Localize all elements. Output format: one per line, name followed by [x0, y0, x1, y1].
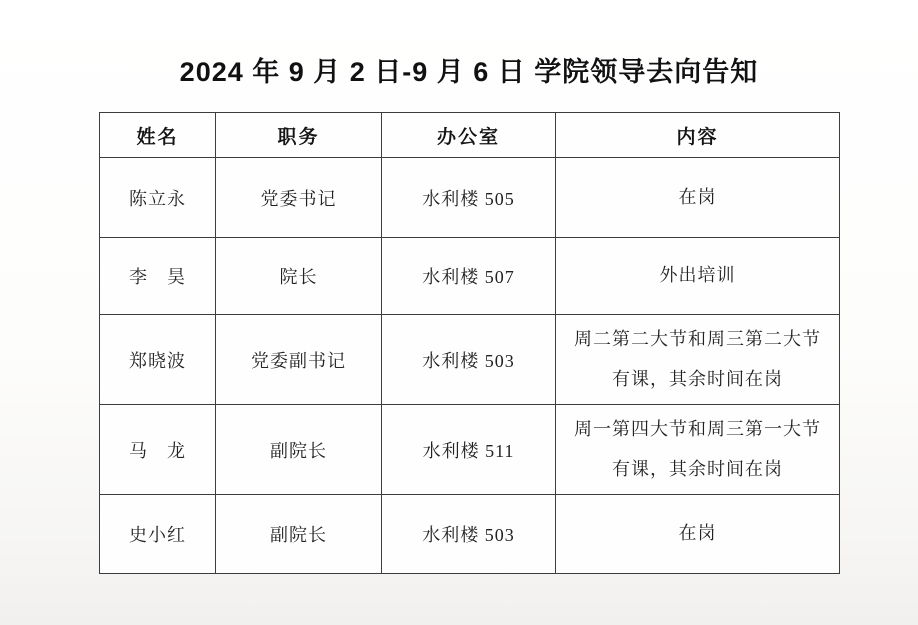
cell-office: 水利楼 503	[382, 315, 556, 405]
cell-content: 在岗	[556, 495, 840, 574]
cell-content: 外出培训	[556, 238, 840, 315]
table-row: 郑晓波 党委副书记 水利楼 503 周二第二大节和周三第二大节有课，其余时间在岗	[100, 315, 840, 405]
cell-position: 副院长	[216, 405, 382, 495]
cell-office: 水利楼 511	[382, 405, 556, 495]
cell-position: 党委书记	[216, 158, 382, 238]
cell-office: 水利楼 505	[382, 158, 556, 238]
cell-office: 水利楼 507	[382, 238, 556, 315]
cell-position: 院长	[216, 238, 382, 315]
cell-name: 陈立永	[100, 158, 216, 238]
page-title: 2024 年 9 月 2 日-9 月 6 日 学院领导去向告知	[99, 50, 839, 89]
leadership-schedule-table: 姓名 职务 办公室 内容 陈立永 党委书记 水利楼 505 在岗 李 昊 院长 …	[99, 112, 840, 574]
table-header-row: 姓名 职务 办公室 内容	[100, 113, 840, 158]
cell-name: 马 龙	[100, 405, 216, 495]
cell-office: 水利楼 503	[382, 495, 556, 574]
cell-content: 在岗	[556, 158, 840, 238]
table-row: 陈立永 党委书记 水利楼 505 在岗	[100, 158, 840, 238]
column-header-office: 办公室	[382, 113, 556, 158]
cell-position: 党委副书记	[216, 315, 382, 405]
column-header-name: 姓名	[100, 113, 216, 158]
cell-content: 周一第四大节和周三第一大节有课，其余时间在岗	[556, 405, 840, 495]
cell-content: 周二第二大节和周三第二大节有课，其余时间在岗	[556, 315, 840, 405]
cell-name: 史小红	[100, 495, 216, 574]
column-header-position: 职务	[216, 113, 382, 158]
cell-position: 副院长	[216, 495, 382, 574]
cell-name: 李 昊	[100, 238, 216, 315]
table-row: 马 龙 副院长 水利楼 511 周一第四大节和周三第一大节有课，其余时间在岗	[100, 405, 840, 495]
table-row: 李 昊 院长 水利楼 507 外出培训	[100, 238, 840, 315]
table-row: 史小红 副院长 水利楼 503 在岗	[100, 495, 840, 574]
column-header-content: 内容	[556, 113, 840, 158]
cell-name: 郑晓波	[100, 315, 216, 405]
document-page: 2024 年 9 月 2 日-9 月 6 日 学院领导去向告知 姓名 职务 办公…	[0, 0, 918, 625]
